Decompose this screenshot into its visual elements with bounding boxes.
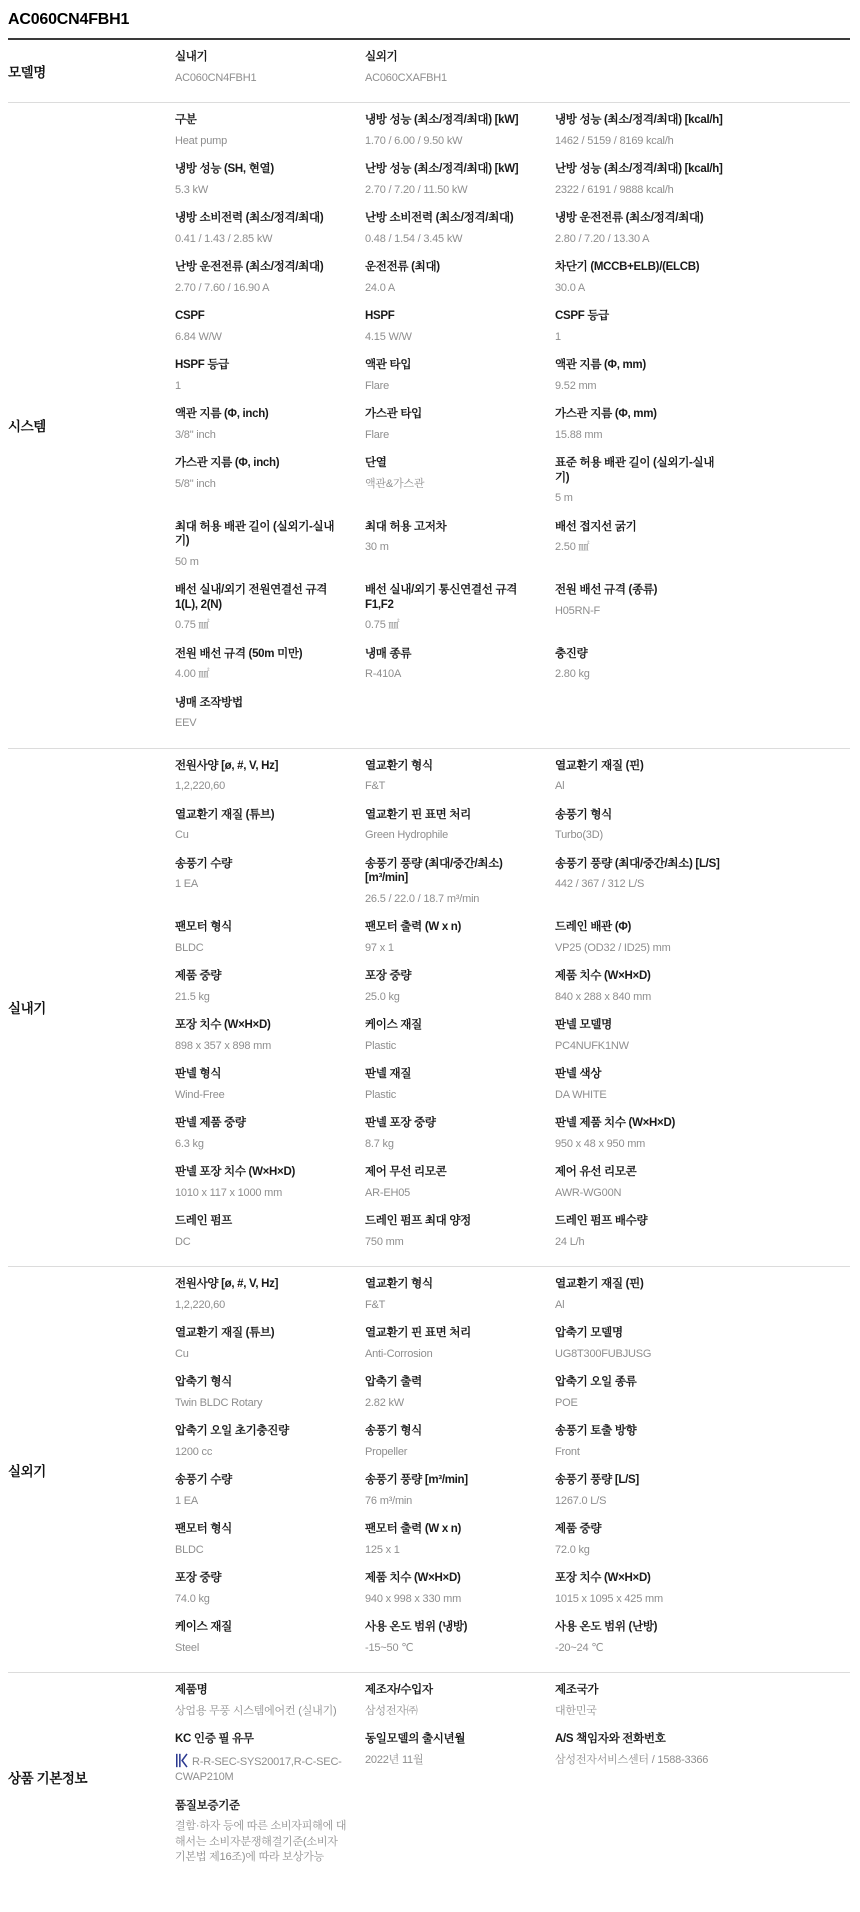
spec-label: 드레인 펌프 배수량 — [555, 1214, 727, 1229]
spec-item: 냉방 성능 (SH, 현열)5.3 kW — [175, 162, 365, 198]
spec-label: 표준 허용 배관 길이 (실외기-실내기) — [555, 456, 727, 485]
spec-label: 송풍기 풍량 [m³/min] — [365, 1473, 537, 1488]
spec-value: 삼성전자서비스센터 / 1588-3366 — [555, 1753, 727, 1769]
spec-label: 드레인 펌프 최대 양정 — [365, 1214, 537, 1229]
spec-value: 1462 / 5159 / 8169 kcal/h — [555, 134, 727, 150]
spec-item: CSPF6.84 W/W — [175, 309, 365, 345]
spec-item: 차단기 (MCCB+ELB)/(ELCB)30.0 A — [555, 260, 745, 296]
spec-label: 차단기 (MCCB+ELB)/(ELCB) — [555, 260, 727, 275]
spec-label: 팬모터 출력 (W x n) — [365, 920, 537, 935]
spec-label: 냉방 소비전력 (최소/정격/최대) — [175, 211, 347, 226]
spec-item: 케이스 재질Plastic — [365, 1018, 555, 1054]
spec-value: 2.80 kg — [555, 667, 727, 683]
spec-item: 압축기 오일 초기충진량1200 cc — [175, 1424, 365, 1460]
spec-label: 실내기 — [175, 50, 347, 65]
spec-label: 판넬 재질 — [365, 1067, 537, 1082]
spec-item: 최대 허용 고저차30 m — [365, 520, 555, 556]
spec-item: 제어 유선 리모콘AWR-WG00N — [555, 1165, 745, 1201]
spec-item: 열교환기 재질 (튜브)Cu — [175, 1326, 365, 1362]
spec-value: Cu — [175, 1347, 347, 1363]
spec-item: 액관 지름 (Φ, inch)3/8" inch — [175, 407, 365, 443]
spec-item: 제품 치수 (W×H×D)840 x 288 x 840 mm — [555, 969, 745, 1005]
spec-item: 충진량2.80 kg — [555, 647, 745, 683]
spec-item: 송풍기 풍량 [L/S]1267.0 L/S — [555, 1473, 745, 1509]
spec-label: 압축기 출력 — [365, 1375, 537, 1390]
spec-label: 팬모터 출력 (W x n) — [365, 1522, 537, 1537]
spec-value: Plastic — [365, 1039, 537, 1055]
spec-item: 열교환기 재질 (핀)Al — [555, 759, 745, 795]
spec-value: 1010 x 117 x 1000 mm — [175, 1186, 347, 1202]
spec-item: 포장 치수 (W×H×D)898 x 357 x 898 mm — [175, 1018, 365, 1054]
spec-value: Twin BLDC Rotary — [175, 1396, 347, 1412]
spec-section: 시스템구분Heat pump냉방 성능 (최소/정격/최대) [kW]1.70 … — [8, 103, 850, 749]
spec-value: 950 x 48 x 950 mm — [555, 1137, 727, 1153]
spec-item: 냉매 종류R-410A — [365, 647, 555, 683]
spec-item: HSPF4.15 W/W — [365, 309, 555, 345]
section-grid: 전원사양 [ø, #, V, Hz]1,2,220,60열교환기 형식F&T열교… — [175, 1267, 745, 1672]
spec-value: 15.88 mm — [555, 428, 727, 444]
spec-value: 0.48 / 1.54 / 3.45 kW — [365, 232, 537, 248]
spec-item: 드레인 펌프 배수량24 L/h — [555, 1214, 745, 1250]
spec-item: 구분Heat pump — [175, 113, 365, 149]
spec-item: 배선 실내/외기 전원연결선 규격 1(L), 2(N)0.75 ㎟ — [175, 583, 365, 634]
spec-value: Propeller — [365, 1445, 537, 1461]
spec-item: 열교환기 재질 (핀)Al — [555, 1277, 745, 1313]
spec-item: 제품명상업용 무풍 시스템에어컨 (실내기) — [175, 1683, 365, 1719]
spec-value: -15~50 ℃ — [365, 1641, 537, 1657]
spec-item: 동일모델의 출시년월2022년 11월 — [365, 1732, 555, 1768]
spec-label: 포장 중량 — [365, 969, 537, 984]
spec-item: 송풍기 풍량 [m³/min]76 m³/min — [365, 1473, 555, 1509]
spec-value: Steel — [175, 1641, 347, 1657]
spec-value: 상업용 무풍 시스템에어컨 (실내기) — [175, 1704, 347, 1720]
spec-label: 드레인 배관 (Φ) — [555, 920, 727, 935]
spec-item: 팬모터 출력 (W x n)125 x 1 — [365, 1522, 555, 1558]
spec-item: 배선 실내/외기 통신연결선 규격 F1,F20.75 ㎟ — [365, 583, 555, 634]
spec-item: 액관 지름 (Φ, mm)9.52 mm — [555, 358, 745, 394]
spec-value: POE — [555, 1396, 727, 1412]
spec-value: 26.5 / 22.0 / 18.7 m³/min — [365, 892, 537, 908]
spec-value: 1267.0 L/S — [555, 1494, 727, 1510]
spec-value: 4.00 ㎟ — [175, 667, 347, 683]
spec-value: -20~24 ℃ — [555, 1641, 727, 1657]
spec-item: 압축기 오일 종류POE — [555, 1375, 745, 1411]
spec-label: 배선 실내/외기 전원연결선 규격 1(L), 2(N) — [175, 583, 347, 612]
spec-label: 최대 허용 배관 길이 (실외기-실내기) — [175, 520, 347, 549]
kc-certification-icon — [175, 1753, 188, 1768]
spec-value: 2.70 / 7.60 / 16.90 A — [175, 281, 347, 297]
spec-item: 드레인 배관 (Φ)VP25 (OD32 / ID25) mm — [555, 920, 745, 956]
section-title: 모델명 — [8, 40, 175, 102]
spec-item: 제품 치수 (W×H×D)940 x 998 x 330 mm — [365, 1571, 555, 1607]
spec-item: 전원사양 [ø, #, V, Hz]1,2,220,60 — [175, 759, 365, 795]
spec-label: 판넬 형식 — [175, 1067, 347, 1082]
spec-item: 제어 무선 리모콘AR-EH05 — [365, 1165, 555, 1201]
spec-label: HSPF 등급 — [175, 358, 347, 373]
spec-item: 포장 치수 (W×H×D)1015 x 1095 x 425 mm — [555, 1571, 745, 1607]
spec-value: R-R-SEC-SYS20017,R-C-SEC-CWAP210M — [175, 1753, 347, 1786]
spec-value: 1 EA — [175, 877, 347, 893]
spec-item: 열교환기 핀 표면 처리Anti-Corrosion — [365, 1326, 555, 1362]
spec-item: A/S 책임자와 전화번호삼성전자서비스센터 / 1588-3366 — [555, 1732, 745, 1768]
spec-label: 가스관 지름 (Φ, mm) — [555, 407, 727, 422]
spec-value: 2322 / 6191 / 9888 kcal/h — [555, 183, 727, 199]
spec-value: Heat pump — [175, 134, 347, 150]
spec-value: 9.52 mm — [555, 379, 727, 395]
spec-value: Anti-Corrosion — [365, 1347, 537, 1363]
spec-label: 제어 유선 리모콘 — [555, 1165, 727, 1180]
section-title: 시스템 — [8, 103, 175, 748]
spec-item: 난방 운전전류 (최소/정격/최대)2.70 / 7.60 / 16.90 A — [175, 260, 365, 296]
spec-value: 30.0 A — [555, 281, 727, 297]
spec-label: 포장 치수 (W×H×D) — [175, 1018, 347, 1033]
spec-label: 팬모터 형식 — [175, 1522, 347, 1537]
spec-value: 30 m — [365, 540, 537, 556]
spec-value: 2.50 ㎟ — [555, 540, 727, 556]
spec-item: 케이스 재질Steel — [175, 1620, 365, 1656]
spec-label: 송풍기 수량 — [175, 1473, 347, 1488]
spec-item: 열교환기 핀 표면 처리Green Hydrophile — [365, 808, 555, 844]
spec-label: 송풍기 수량 — [175, 857, 347, 872]
section-title: 실외기 — [8, 1267, 175, 1672]
spec-value: Al — [555, 779, 727, 795]
spec-value: Turbo(3D) — [555, 828, 727, 844]
spec-label: 판넬 제품 치수 (W×H×D) — [555, 1116, 727, 1131]
spec-label: 판넬 제품 중량 — [175, 1116, 347, 1131]
spec-item: 판넬 포장 치수 (W×H×D)1010 x 117 x 1000 mm — [175, 1165, 365, 1201]
spec-value: 3/8" inch — [175, 428, 347, 444]
spec-label: 제어 무선 리모콘 — [365, 1165, 537, 1180]
spec-item: 팬모터 출력 (W x n)97 x 1 — [365, 920, 555, 956]
spec-value: 6.3 kg — [175, 1137, 347, 1153]
spec-value: AC060CXAFBH1 — [365, 71, 537, 87]
spec-item: 냉방 소비전력 (최소/정격/최대)0.41 / 1.43 / 2.85 kW — [175, 211, 365, 247]
spec-item: 단열액관&가스관 — [365, 456, 555, 492]
spec-item: 송풍기 수량1 EA — [175, 1473, 365, 1509]
spec-value: 0.75 ㎟ — [175, 618, 347, 634]
spec-item: 제품 중량72.0 kg — [555, 1522, 745, 1558]
spec-item: 냉방 성능 (최소/정격/최대) [kW]1.70 / 6.00 / 9.50 … — [365, 113, 555, 149]
spec-label: 케이스 재질 — [175, 1620, 347, 1635]
spec-value: 50 m — [175, 555, 347, 571]
spec-value: 2022년 11월 — [365, 1753, 537, 1769]
spec-label: 냉방 성능 (최소/정격/최대) [kW] — [365, 113, 537, 128]
spec-label: 송풍기 형식 — [365, 1424, 537, 1439]
spec-item: 판넬 포장 중량8.7 kg — [365, 1116, 555, 1152]
spec-value: Plastic — [365, 1088, 537, 1104]
spec-label: 제조자/수입자 — [365, 1683, 537, 1698]
spec-label: 열교환기 형식 — [365, 759, 537, 774]
spec-label: 제품 치수 (W×H×D) — [555, 969, 727, 984]
spec-item: 팬모터 형식BLDC — [175, 1522, 365, 1558]
spec-item: 송풍기 풍량 (최대/중간/최소) [m³/min]26.5 / 22.0 / … — [365, 857, 555, 908]
spec-label: 배선 접지선 굵기 — [555, 520, 727, 535]
spec-label: 판넬 포장 중량 — [365, 1116, 537, 1131]
spec-item: 포장 중량25.0 kg — [365, 969, 555, 1005]
spec-label: 열교환기 핀 표면 처리 — [365, 1326, 537, 1341]
spec-value: 대한민국 — [555, 1704, 727, 1720]
spec-value: 1,2,220,60 — [175, 779, 347, 795]
spec-item: 열교환기 형식F&T — [365, 1277, 555, 1313]
spec-value: 액관&가스관 — [365, 477, 537, 493]
spec-label: 제품 치수 (W×H×D) — [365, 1571, 537, 1586]
spec-item: 송풍기 형식Propeller — [365, 1424, 555, 1460]
spec-label: 냉매 조작방법 — [175, 696, 347, 711]
spec-label: 배선 실내/외기 통신연결선 규격 F1,F2 — [365, 583, 537, 612]
spec-value: Al — [555, 1298, 727, 1314]
spec-section: 실외기전원사양 [ø, #, V, Hz]1,2,220,60열교환기 형식F&… — [8, 1267, 850, 1673]
spec-item: 난방 성능 (최소/정격/최대) [kW]2.70 / 7.20 / 11.50… — [365, 162, 555, 198]
spec-item: 드레인 펌프DC — [175, 1214, 365, 1250]
spec-label: 송풍기 형식 — [555, 808, 727, 823]
spec-label: 액관 타입 — [365, 358, 537, 373]
spec-item: 난방 소비전력 (최소/정격/최대)0.48 / 1.54 / 3.45 kW — [365, 211, 555, 247]
spec-label: 운전전류 (최대) — [365, 260, 537, 275]
spec-item: 품질보증기준결함·하자 등에 따른 소비자피해에 대해서는 소비자분쟁해결기준(… — [175, 1799, 365, 1866]
section-grid: 전원사양 [ø, #, V, Hz]1,2,220,60열교환기 형식F&T열교… — [175, 749, 745, 1267]
spec-value: 4.15 W/W — [365, 330, 537, 346]
spec-section: 모델명실내기AC060CN4FBH1실외기AC060CXAFBH1 — [8, 40, 850, 103]
spec-item: 최대 허용 배관 길이 (실외기-실내기)50 m — [175, 520, 365, 571]
section-title: 상품 기본정보 — [8, 1673, 175, 1882]
spec-value: 2.80 / 7.20 / 13.30 A — [555, 232, 727, 248]
spec-item: 판넬 제품 치수 (W×H×D)950 x 48 x 950 mm — [555, 1116, 745, 1152]
spec-label: 열교환기 재질 (튜브) — [175, 1326, 347, 1341]
spec-label: 송풍기 풍량 (최대/중간/최소) [L/S] — [555, 857, 727, 872]
section-title: 실내기 — [8, 749, 175, 1267]
spec-value: 삼성전자㈜ — [365, 1704, 537, 1720]
spec-item: KC 인증 필 유무R-R-SEC-SYS20017,R-C-SEC-CWAP2… — [175, 1732, 365, 1786]
spec-value: VP25 (OD32 / ID25) mm — [555, 941, 727, 957]
spec-label: 열교환기 재질 (핀) — [555, 759, 727, 774]
spec-item: 가스관 지름 (Φ, inch)5/8" inch — [175, 456, 365, 492]
spec-label: 난방 소비전력 (최소/정격/최대) — [365, 211, 537, 226]
spec-sections: 모델명실내기AC060CN4FBH1실외기AC060CXAFBH1시스템구분He… — [8, 40, 850, 1882]
spec-value: 1,2,220,60 — [175, 1298, 347, 1314]
spec-item: 열교환기 형식F&T — [365, 759, 555, 795]
spec-item: 전원 배선 규격 (종류)H05RN-F — [555, 583, 745, 619]
spec-label: 전원 배선 규격 (50m 미만) — [175, 647, 347, 662]
spec-label: 전원사양 [ø, #, V, Hz] — [175, 759, 347, 774]
spec-value: 898 x 357 x 898 mm — [175, 1039, 347, 1055]
spec-label: KC 인증 필 유무 — [175, 1732, 347, 1747]
spec-item: 포장 중량74.0 kg — [175, 1571, 365, 1607]
spec-value: R-410A — [365, 667, 537, 683]
spec-label: 압축기 오일 초기충진량 — [175, 1424, 347, 1439]
spec-value: F&T — [365, 779, 537, 795]
spec-item: 난방 성능 (최소/정격/최대) [kcal/h]2322 / 6191 / 9… — [555, 162, 745, 198]
spec-item: 제품 중량21.5 kg — [175, 969, 365, 1005]
spec-item: 배선 접지선 굵기2.50 ㎟ — [555, 520, 745, 556]
spec-label: 송풍기 풍량 [L/S] — [555, 1473, 727, 1488]
spec-label: 압축기 모델명 — [555, 1326, 727, 1341]
spec-value: Front — [555, 1445, 727, 1461]
spec-value: UG8T300FUBJUSG — [555, 1347, 727, 1363]
spec-value: H05RN-F — [555, 604, 727, 620]
spec-value: 442 / 367 / 312 L/S — [555, 877, 727, 893]
spec-item: 압축기 형식Twin BLDC Rotary — [175, 1375, 365, 1411]
spec-value: F&T — [365, 1298, 537, 1314]
spec-item: 판넬 제품 중량6.3 kg — [175, 1116, 365, 1152]
spec-item: 드레인 펌프 최대 양정750 mm — [365, 1214, 555, 1250]
spec-value: AWR-WG00N — [555, 1186, 727, 1202]
spec-item: 냉매 조작방법EEV — [175, 696, 365, 732]
spec-label: 판넬 색상 — [555, 1067, 727, 1082]
spec-value: 21.5 kg — [175, 990, 347, 1006]
spec-label: 열교환기 형식 — [365, 1277, 537, 1292]
spec-label: 실외기 — [365, 50, 537, 65]
spec-label: 열교환기 재질 (튜브) — [175, 808, 347, 823]
spec-section: 실내기전원사양 [ø, #, V, Hz]1,2,220,60열교환기 형식F&… — [8, 749, 850, 1268]
spec-value: PC4NUFK1NW — [555, 1039, 727, 1055]
spec-item: 실외기AC060CXAFBH1 — [365, 50, 555, 86]
spec-label: 사용 온도 범위 (냉방) — [365, 1620, 537, 1635]
spec-value: AC060CN4FBH1 — [175, 71, 347, 87]
spec-item: 송풍기 형식Turbo(3D) — [555, 808, 745, 844]
spec-value: 2.70 / 7.20 / 11.50 kW — [365, 183, 537, 199]
spec-value: 1 EA — [175, 1494, 347, 1510]
spec-value: 1.70 / 6.00 / 9.50 kW — [365, 134, 537, 150]
spec-item: 냉방 운전전류 (최소/정격/최대)2.80 / 7.20 / 13.30 A — [555, 211, 745, 247]
spec-item: 전원 배선 규격 (50m 미만)4.00 ㎟ — [175, 647, 365, 683]
spec-value: Wind-Free — [175, 1088, 347, 1104]
spec-label: 케이스 재질 — [365, 1018, 537, 1033]
spec-label: CSPF — [175, 309, 347, 324]
spec-value: 24.0 A — [365, 281, 537, 297]
spec-value: BLDC — [175, 941, 347, 957]
spec-value: 5.3 kW — [175, 183, 347, 199]
spec-value: 840 x 288 x 840 mm — [555, 990, 727, 1006]
spec-item: 판넬 모델명PC4NUFK1NW — [555, 1018, 745, 1054]
spec-item: 송풍기 풍량 (최대/중간/최소) [L/S]442 / 367 / 312 L… — [555, 857, 745, 893]
spec-item: 제조국가대한민국 — [555, 1683, 745, 1719]
section-grid: 제품명상업용 무풍 시스템에어컨 (실내기)제조자/수입자삼성전자㈜제조국가대한… — [175, 1673, 745, 1882]
spec-label: 난방 성능 (최소/정격/최대) [kcal/h] — [555, 162, 727, 177]
spec-label: 냉매 종류 — [365, 647, 537, 662]
spec-value: 6.84 W/W — [175, 330, 347, 346]
spec-item: 판넬 형식Wind-Free — [175, 1067, 365, 1103]
spec-label: 동일모델의 출시년월 — [365, 1732, 537, 1747]
spec-label: 압축기 형식 — [175, 1375, 347, 1390]
spec-item: CSPF 등급1 — [555, 309, 745, 345]
spec-item: 팬모터 형식BLDC — [175, 920, 365, 956]
spec-label: CSPF 등급 — [555, 309, 727, 324]
spec-item: 실내기AC060CN4FBH1 — [175, 50, 365, 86]
spec-value: 0.75 ㎟ — [365, 618, 537, 634]
spec-value: 5/8" inch — [175, 477, 347, 493]
spec-value: DC — [175, 1235, 347, 1251]
spec-item: 판넬 재질Plastic — [365, 1067, 555, 1103]
spec-label: A/S 책임자와 전화번호 — [555, 1732, 727, 1747]
spec-item: 송풍기 토출 방향Front — [555, 1424, 745, 1460]
spec-item: 열교환기 재질 (튜브)Cu — [175, 808, 365, 844]
spec-item: 냉방 성능 (최소/정격/최대) [kcal/h]1462 / 5159 / 8… — [555, 113, 745, 149]
page-title: AC060CN4FBH1 — [8, 0, 850, 38]
spec-page: AC060CN4FBH1 모델명실내기AC060CN4FBH1실외기AC060C… — [0, 0, 860, 1912]
spec-label: 충진량 — [555, 647, 727, 662]
spec-value: 125 x 1 — [365, 1543, 537, 1559]
spec-item: 압축기 모델명UG8T300FUBJUSG — [555, 1326, 745, 1362]
spec-label: 냉방 성능 (SH, 현열) — [175, 162, 347, 177]
spec-value: EEV — [175, 716, 347, 732]
spec-value: 1 — [555, 330, 727, 346]
spec-label: 냉방 운전전류 (최소/정격/최대) — [555, 211, 727, 226]
spec-label: 구분 — [175, 113, 347, 128]
spec-value: Cu — [175, 828, 347, 844]
spec-value: 24 L/h — [555, 1235, 727, 1251]
spec-value: Flare — [365, 379, 537, 395]
spec-label: 액관 지름 (Φ, inch) — [175, 407, 347, 422]
spec-label: 열교환기 핀 표면 처리 — [365, 808, 537, 823]
spec-value: 940 x 998 x 330 mm — [365, 1592, 537, 1608]
section-grid: 실내기AC060CN4FBH1실외기AC060CXAFBH1 — [175, 40, 745, 102]
spec-label: 가스관 타입 — [365, 407, 537, 422]
spec-label: 판넬 모델명 — [555, 1018, 727, 1033]
spec-label: 송풍기 토출 방향 — [555, 1424, 727, 1439]
spec-item: HSPF 등급1 — [175, 358, 365, 394]
spec-item: 송풍기 수량1 EA — [175, 857, 365, 893]
spec-value: DA WHITE — [555, 1088, 727, 1104]
spec-label: 팬모터 형식 — [175, 920, 347, 935]
spec-label: HSPF — [365, 309, 537, 324]
spec-item: 압축기 출력2.82 kW — [365, 1375, 555, 1411]
spec-value: AR-EH05 — [365, 1186, 537, 1202]
spec-value: 2.82 kW — [365, 1396, 537, 1412]
spec-item: 가스관 타입Flare — [365, 407, 555, 443]
spec-label: 압축기 오일 종류 — [555, 1375, 727, 1390]
spec-label: 제품명 — [175, 1683, 347, 1698]
spec-item: 가스관 지름 (Φ, mm)15.88 mm — [555, 407, 745, 443]
spec-label: 가스관 지름 (Φ, inch) — [175, 456, 347, 471]
spec-value: 1 — [175, 379, 347, 395]
spec-label: 최대 허용 고저차 — [365, 520, 537, 535]
spec-value: 74.0 kg — [175, 1592, 347, 1608]
spec-value: Flare — [365, 428, 537, 444]
spec-item: 사용 온도 범위 (냉방)-15~50 ℃ — [365, 1620, 555, 1656]
spec-item: 운전전류 (최대)24.0 A — [365, 260, 555, 296]
spec-label: 판넬 포장 치수 (W×H×D) — [175, 1165, 347, 1180]
spec-value: BLDC — [175, 1543, 347, 1559]
spec-item: 표준 허용 배관 길이 (실외기-실내기)5 m — [555, 456, 745, 507]
spec-section: 상품 기본정보제품명상업용 무풍 시스템에어컨 (실내기)제조자/수입자삼성전자… — [8, 1673, 850, 1882]
spec-label: 단열 — [365, 456, 537, 471]
spec-label: 전원 배선 규격 (종류) — [555, 583, 727, 598]
spec-value: 97 x 1 — [365, 941, 537, 957]
spec-label: 품질보증기준 — [175, 1799, 347, 1814]
spec-value: 25.0 kg — [365, 990, 537, 1006]
spec-label: 열교환기 재질 (핀) — [555, 1277, 727, 1292]
spec-value: 72.0 kg — [555, 1543, 727, 1559]
spec-value: 76 m³/min — [365, 1494, 537, 1510]
spec-label: 액관 지름 (Φ, mm) — [555, 358, 727, 373]
spec-label: 드레인 펌프 — [175, 1214, 347, 1229]
spec-label: 냉방 성능 (최소/정격/최대) [kcal/h] — [555, 113, 727, 128]
spec-label: 송풍기 풍량 (최대/중간/최소) [m³/min] — [365, 857, 537, 886]
spec-label: 제품 중량 — [175, 969, 347, 984]
spec-label: 제품 중량 — [555, 1522, 727, 1537]
spec-item: 사용 온도 범위 (난방)-20~24 ℃ — [555, 1620, 745, 1656]
spec-label: 난방 성능 (최소/정격/최대) [kW] — [365, 162, 537, 177]
spec-value: 결함·하자 등에 따른 소비자피해에 대해서는 소비자분쟁해결기준(소비자기본법… — [175, 1819, 347, 1866]
spec-label: 포장 중량 — [175, 1571, 347, 1586]
spec-value: 1200 cc — [175, 1445, 347, 1461]
spec-value: 8.7 kg — [365, 1137, 537, 1153]
spec-value: 750 mm — [365, 1235, 537, 1251]
spec-item: 제조자/수입자삼성전자㈜ — [365, 1683, 555, 1719]
spec-item: 액관 타입Flare — [365, 358, 555, 394]
spec-value: 5 m — [555, 491, 727, 507]
spec-label: 제조국가 — [555, 1683, 727, 1698]
